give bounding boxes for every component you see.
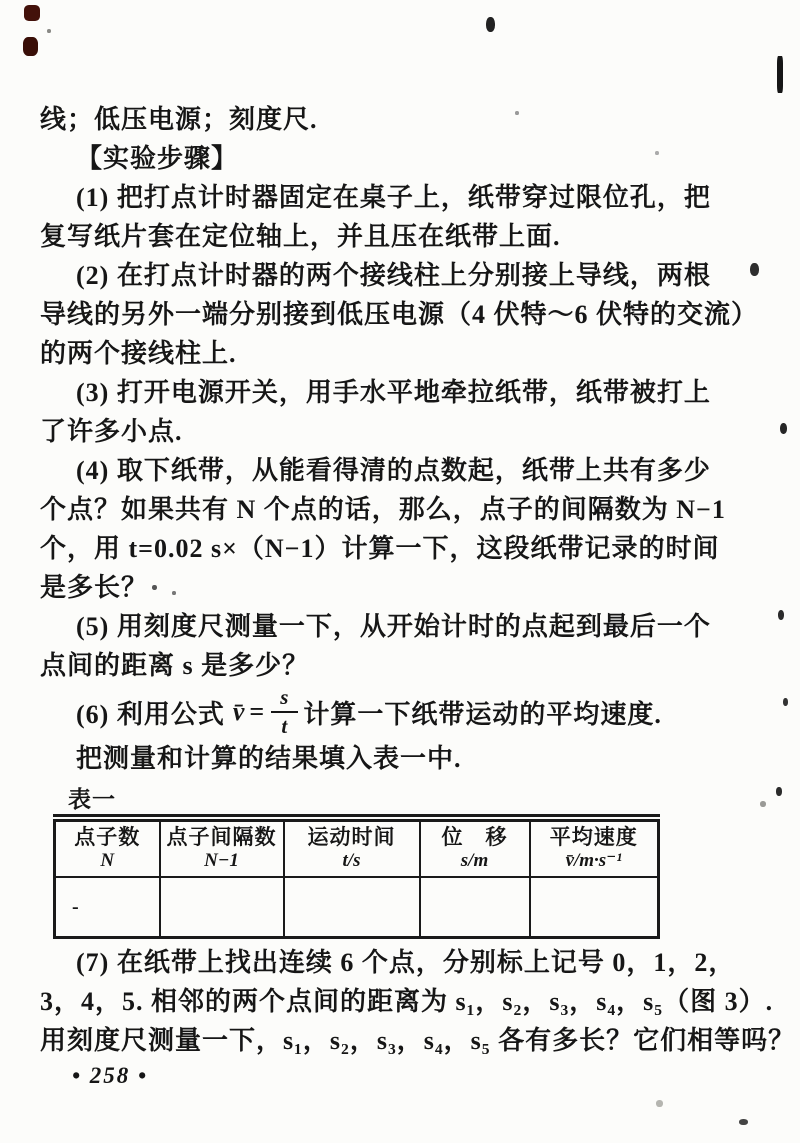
header-motion-time: 运动时间 t/s	[284, 818, 420, 877]
fill-table-instruction: 把测量和计算的结果填入表一中.	[40, 739, 766, 778]
experiment-steps-text: 线；低压电源；刻度尺. 【实验步骤】 (1) 把打点计时器固定在桌子上，纸带穿过…	[40, 100, 766, 778]
table-cell	[420, 877, 530, 938]
step-4-line-3: 个，用 t=0.02 s×（N−1）计算一下，这段纸带记录的时间	[40, 529, 766, 568]
scan-artifact	[777, 56, 783, 93]
page-number: • 258 •	[72, 1063, 148, 1089]
header-displacement: 位 移 s/m	[420, 818, 530, 877]
header-interval-count: 点子间隔数 N−1	[160, 818, 284, 877]
scan-artifact	[760, 801, 766, 807]
table-cell	[284, 877, 420, 938]
step-4-line-4: 是多长？	[40, 568, 766, 607]
scan-artifact	[655, 151, 659, 155]
step-7-text: (7) 在纸带上找出连续 6 个点，分别标上记号 0，1，2， 3，4，5. 相…	[40, 943, 766, 1060]
column-name: 运动时间	[285, 825, 419, 850]
column-symbol: v̄/m·s⁻¹	[531, 850, 658, 872]
step-2-line-2: 导线的另外一端分别接到低压电源（4 伏特～6 伏特的交流）	[40, 295, 766, 334]
header-average-velocity: 平均速度 v̄/m·s⁻¹	[530, 818, 659, 877]
step-3-line-1: (3) 打开电源开关，用手水平地牵拉纸带，纸带被打上	[40, 373, 766, 412]
step-7-line-2: 3，4，5. 相邻的两个点间的距离为 s₁，s₂，s₃，s₄，s₅（图 3）.	[40, 982, 766, 1021]
text-line: 线；低压电源；刻度尺.	[40, 100, 766, 139]
step-6-formula-line: (6) 利用公式 v̄ = s t 计算一下纸带运动的平均速度.	[40, 685, 766, 739]
measurement-table: 点子数 N 点子间隔数 N−1 运动时间 t/s 位 移 s/m 平均速度	[53, 814, 660, 939]
scan-artifact	[152, 585, 157, 590]
column-symbol: s/m	[421, 850, 529, 872]
scan-artifact	[172, 591, 176, 595]
step-2-line-1: (2) 在打点计时器的两个接线柱上分别接上导线，两根	[40, 256, 766, 295]
column-symbol: N−1	[161, 850, 283, 872]
scan-artifact	[739, 1119, 748, 1125]
scan-artifact	[783, 698, 788, 706]
header-dot-count: 点子数 N	[55, 818, 160, 877]
column-name: 位 移	[421, 825, 529, 850]
section-heading: 【实验步骤】	[40, 139, 766, 178]
step-7-line-1: (7) 在纸带上找出连续 6 个点，分别标上记号 0，1，2，	[40, 943, 766, 982]
formula-prefix: (6) 利用公式	[76, 694, 225, 731]
step-5-line-1: (5) 用刻度尺测量一下，从开始计时的点起到最后一个	[40, 607, 766, 646]
scan-artifact	[515, 111, 519, 115]
step-3-line-2: 了许多小点.	[40, 412, 766, 451]
table-caption: 表一	[68, 781, 116, 814]
scanned-book-page: 线；低压电源；刻度尺. 【实验步骤】 (1) 把打点计时器固定在桌子上，纸带穿过…	[0, 0, 800, 1143]
average-velocity-symbol: v̄	[233, 697, 246, 727]
scan-artifact	[420, 268, 423, 271]
table-cell	[530, 877, 659, 938]
formula-suffix: 计算一下纸带运动的平均速度.	[303, 694, 662, 731]
step-4-line-1: (4) 取下纸带，从能看得清的点数起，纸带上共有多少	[40, 451, 766, 490]
fraction-denominator: t	[281, 713, 288, 737]
scan-artifact	[47, 29, 51, 33]
fraction-numerator: s	[271, 687, 298, 713]
column-name: 点子间隔数	[161, 825, 283, 850]
column-name: 平均速度	[531, 825, 658, 850]
table-row: -	[55, 877, 659, 938]
scan-artifact	[780, 423, 787, 434]
column-symbol: N	[56, 850, 159, 872]
scan-artifact	[23, 37, 38, 56]
table-header-row: 点子数 N 点子间隔数 N−1 运动时间 t/s 位 移 s/m 平均速度	[55, 818, 659, 877]
fraction-s-over-t: s t	[271, 687, 298, 737]
scan-artifact	[24, 5, 40, 21]
column-symbol: t/s	[285, 850, 419, 872]
column-name: 点子数	[56, 825, 159, 850]
table-cell: -	[55, 877, 160, 938]
step-1-line-2: 复写纸片套在定位轴上，并且压在纸带上面.	[40, 217, 766, 256]
equals-sign: =	[249, 697, 265, 727]
scan-artifact	[750, 263, 759, 276]
step-1-line-1: (1) 把打点计时器固定在桌子上，纸带穿过限位孔，把	[40, 178, 766, 217]
scan-artifact	[778, 610, 784, 620]
scan-artifact	[486, 17, 495, 32]
step-2-line-3: 的两个接线柱上.	[40, 334, 766, 373]
step-4-line-2: 个点？如果共有 N 个点的话，那么，点子的间隔数为 N−1	[40, 490, 766, 529]
step-7-line-3: 用刻度尺测量一下，s₁，s₂，s₃，s₄，s₅ 各有多长？它们相等吗？	[40, 1021, 766, 1060]
table-cell	[160, 877, 284, 938]
step-5-line-2: 点间的距离 s 是多少？	[40, 646, 766, 685]
scan-artifact	[656, 1100, 663, 1107]
scan-artifact	[776, 787, 782, 796]
